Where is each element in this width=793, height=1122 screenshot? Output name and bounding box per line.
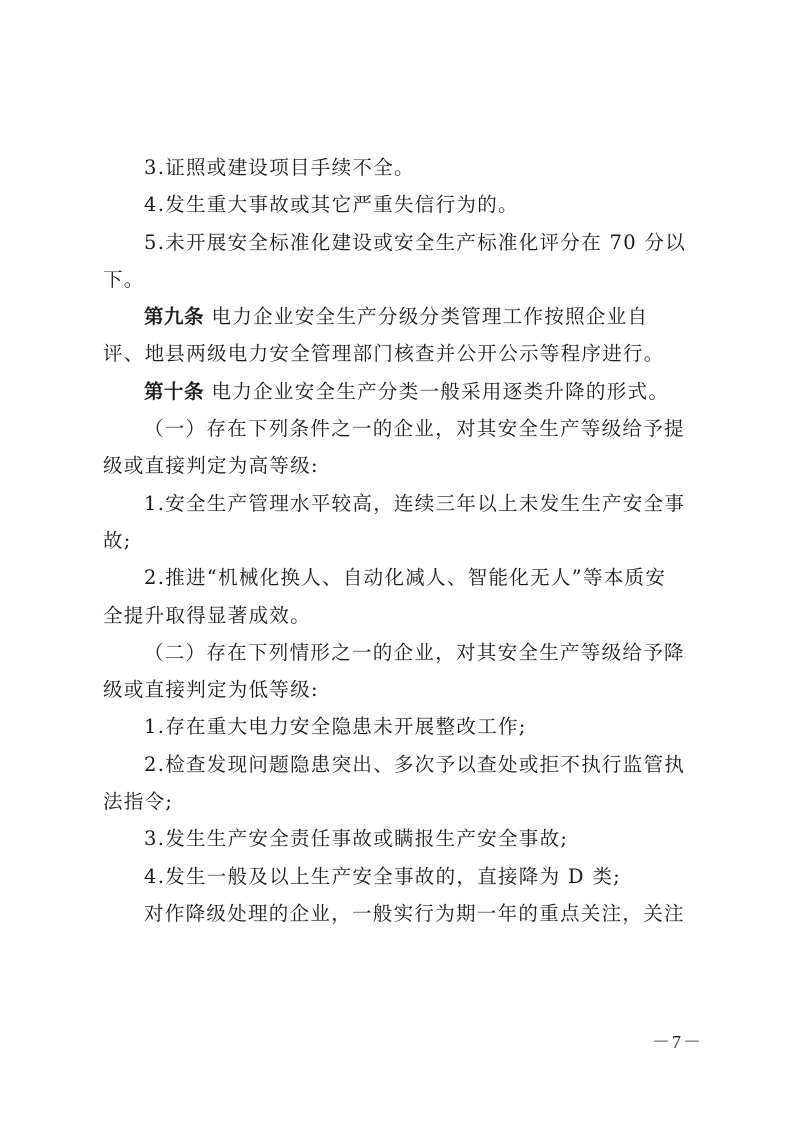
upgrade-item-1: 1.安全生产管理水平较高，连续三年以上未发生生产安全事	[103, 485, 693, 522]
downgrade-item-1: 1.存在重大电力安全隐患未开展整改工作;	[103, 708, 693, 745]
line-text: 2.检查发现问题隐患突出、多次予以查处或拒不执行监管执	[144, 753, 685, 776]
downgrade-item-3: 3.发生生产安全责任事故或瞒报生产安全事故;	[103, 820, 693, 857]
document-body: 3.证照或建设项目手续不全。 4.发生重大事故或其它严重失信行为的。 5.未开展…	[103, 149, 693, 932]
page-number: －7－	[652, 1028, 703, 1054]
document-page: 3.证照或建设项目手续不全。 4.发生重大事故或其它严重失信行为的。 5.未开展…	[0, 0, 793, 1122]
article-9-continuation: 评、地县两级电力安全管理部门核查并公开公示等程序进行。	[103, 335, 693, 372]
line-text: 电力企业安全生产分类一般采用逐类升降的形式。	[204, 380, 669, 403]
line-text: 4.发生一般及以上生产安全事故的，直接降为 D 类;	[144, 865, 621, 888]
article-9-heading: 第九条	[144, 305, 204, 328]
upgrade-item-1-continuation: 故;	[103, 522, 693, 559]
line-text: 下。	[103, 268, 145, 291]
line-text: 对作降级处理的企业，一般实行为期一年的重点关注，关注	[144, 902, 685, 925]
section-2-continuation: 级或直接判定为低等级:	[103, 671, 693, 708]
article-9: 第九条 电力企业安全生产分级分类管理工作按照企业自	[103, 298, 693, 335]
list-item-5-standardization: 5.未开展安全标准化建设或安全生产标准化评分在 70 分以	[103, 224, 693, 261]
line-text: 5.未开展安全标准化建设或安全生产标准化评分在 70 分以	[144, 231, 686, 254]
downgrade-item-2-continuation: 法指令;	[103, 783, 693, 820]
section-2-downgrade: （二）存在下列情形之一的企业，对其安全生产等级给予降	[103, 634, 693, 671]
line-text: 电力企业安全生产分级分类管理工作按照企业自	[204, 305, 648, 328]
line-text: 级或直接判定为低等级:	[103, 678, 319, 701]
line-text: 3.发生生产安全责任事故或瞒报生产安全事故;	[144, 827, 568, 850]
article-10: 第十条 电力企业安全生产分类一般采用逐类升降的形式。	[103, 373, 693, 410]
line-text: 法指令;	[103, 790, 173, 813]
line-text: 故;	[103, 529, 132, 552]
list-item-3-incomplete-permits: 3.证照或建设项目手续不全。	[103, 149, 693, 186]
line-text: 1.存在重大电力安全隐患未开展整改工作;	[144, 715, 527, 738]
line-text: 3.证照或建设项目手续不全。	[144, 156, 415, 179]
line-text: 评、地县两级电力安全管理部门核查并公开公示等程序进行。	[103, 342, 665, 365]
line-text: 全提升取得显著成效。	[103, 604, 311, 627]
downgrade-followup-paragraph: 对作降级处理的企业，一般实行为期一年的重点关注，关注	[103, 895, 693, 932]
line-text: 2.推进“机械化换人、自动化减人、智能化无人”等本质安	[144, 566, 666, 589]
line-text: 4.发生重大事故或其它严重失信行为的。	[144, 193, 519, 216]
upgrade-item-2: 2.推进“机械化换人、自动化减人、智能化无人”等本质安	[103, 559, 693, 596]
upgrade-item-2-continuation: 全提升取得显著成效。	[103, 597, 693, 634]
line-text: 1.安全生产管理水平较高，连续三年以上未发生生产安全事	[144, 492, 685, 515]
line-text: 级或直接判定为高等级:	[103, 454, 319, 477]
downgrade-item-4: 4.发生一般及以上生产安全事故的，直接降为 D 类;	[103, 858, 693, 895]
list-item-4-major-accident: 4.发生重大事故或其它严重失信行为的。	[103, 186, 693, 223]
article-10-heading: 第十条	[144, 380, 204, 403]
line-text: （二）存在下列情形之一的企业，对其安全生产等级给予降	[144, 641, 685, 664]
section-1-continuation: 级或直接判定为高等级:	[103, 447, 693, 484]
section-1-upgrade: （一）存在下列条件之一的企业，对其安全生产等级给予提	[103, 410, 693, 447]
list-item-5-continuation: 下。	[103, 261, 693, 298]
line-text: （一）存在下列条件之一的企业，对其安全生产等级给予提	[144, 417, 685, 440]
downgrade-item-2: 2.检查发现问题隐患突出、多次予以查处或拒不执行监管执	[103, 746, 693, 783]
